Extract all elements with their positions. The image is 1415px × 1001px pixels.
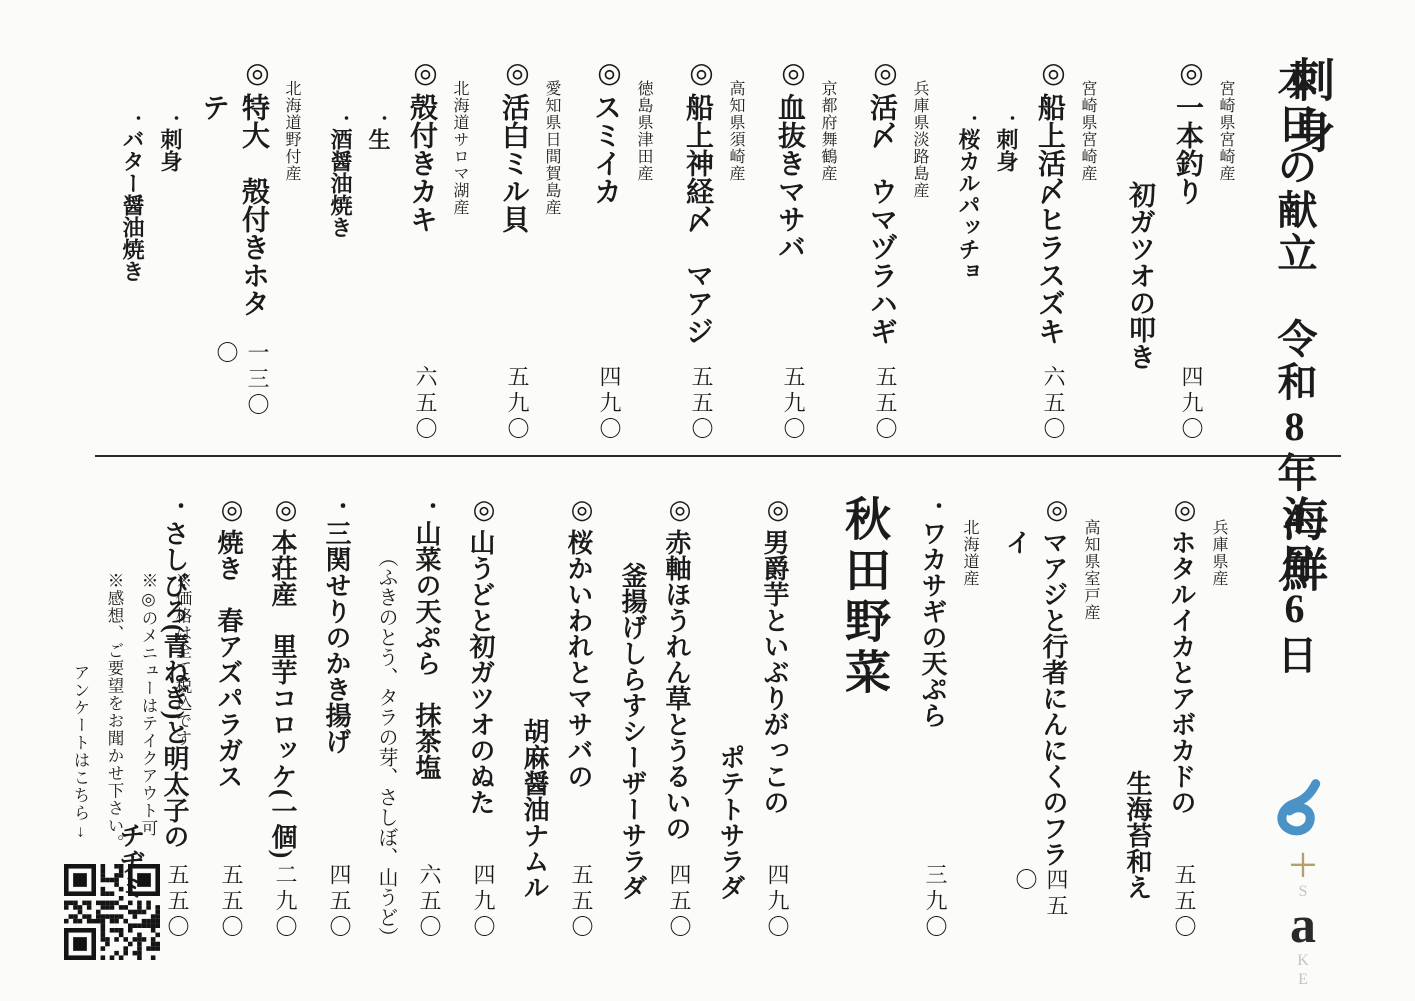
- item-price: 四九〇: [585, 365, 625, 443]
- down-arrow-icon: ↓: [71, 822, 90, 842]
- item-price: 五五〇: [677, 365, 717, 443]
- menu-item: ◎山うどと初ガツオのぬた四九〇: [462, 495, 499, 965]
- menu-item: ◎桜かいわれとマサバの五五〇胡麻醤油ナムル: [516, 495, 597, 965]
- item-price: 六五〇: [401, 365, 441, 443]
- origin-label: 宮崎県宮崎産: [1076, 80, 1099, 182]
- item-main-column: ◎殻付きカキ六五〇: [401, 56, 441, 455]
- sub-option-label: 桜カルパッチョ: [953, 128, 984, 282]
- section-title: 秋田野菜: [831, 495, 897, 965]
- item-price: 四五〇: [658, 863, 695, 941]
- item-name: 赤軸ほうれん草とうるいの: [658, 529, 695, 841]
- brand-logo: ＋ S a K E: [1273, 770, 1333, 989]
- item-origin-column: 愛知県日間賀島産: [540, 56, 563, 455]
- item-name: ワカサギの天ぷら: [914, 520, 951, 728]
- item-name: 男爵芋といぶりがっこの: [756, 529, 793, 815]
- item-price: 五九〇: [493, 365, 533, 443]
- item-name: 山うどと初ガツオのぬた: [462, 529, 499, 815]
- double-circle-icon: ◎: [861, 56, 901, 89]
- section-title: 刺身: [1275, 56, 1341, 455]
- bullet-icon: ・: [991, 110, 1022, 126]
- origin-label: 徳島県津田産: [632, 80, 655, 182]
- item-main-column: ・三関せりのかき揚げ四五〇: [318, 495, 355, 965]
- item-name-line2-column: 生海苔和え: [1119, 495, 1156, 965]
- sub-option-label: 刺身: [155, 128, 186, 172]
- bullet-icon: ・: [156, 495, 193, 516]
- note-text: アンケートはこちら: [71, 664, 90, 822]
- logo-letter-a: a: [1290, 901, 1316, 950]
- item-name: 船上神経〆 マアジ: [677, 93, 717, 345]
- item-name-line2: ポテトサラダ: [712, 744, 749, 900]
- double-circle-icon: ◎: [998, 495, 1072, 525]
- bullet-icon: ・: [363, 110, 394, 126]
- sub-option-label: 刺身: [991, 128, 1022, 172]
- origin-label: 京都府舞鶴産: [816, 80, 839, 182]
- item-price: 六五〇: [1029, 365, 1069, 443]
- item-name: 活〆 ウマヅラハギ: [861, 93, 901, 345]
- menu-item: 徳島県津田産◎スミイカ四九〇: [585, 56, 655, 455]
- item-main-column: ◎赤軸ほうれん草とうるいの四五〇: [658, 495, 695, 965]
- note-tax-included: ※価格は全て税込です: [170, 572, 194, 854]
- double-circle-icon: ◎: [658, 495, 695, 525]
- origin-label: 愛知県日間賀島産: [540, 80, 563, 216]
- item-main-column: ◎山うどと初ガツオのぬた四九〇: [462, 495, 499, 965]
- item-price: 四五〇: [998, 868, 1072, 941]
- item-name-line2: 釜揚げしらすシーザーサラダ: [614, 562, 651, 900]
- item-sub-column: ・桜カルパッチョ: [953, 56, 984, 455]
- menu-item: 北海道野付産◎特大 殻付きホタテ一三〇〇・刺身・バター醤油焼き: [117, 56, 303, 455]
- bullet-icon: ・: [325, 110, 356, 126]
- item-origin-column: 兵庫県淡路島産: [908, 56, 931, 455]
- origin-label: 高知県室戸産: [1079, 519, 1102, 621]
- item-name-line2-column: 胡麻醤油ナムル: [516, 495, 553, 965]
- logo-letter-k: K: [1297, 951, 1309, 970]
- origin-label: 兵庫県淡路島産: [908, 80, 931, 199]
- double-circle-icon: ◎: [462, 495, 499, 525]
- item-price: 四九〇: [1167, 365, 1207, 443]
- item-name-line2-column: （ふきのとう、タラの芽、さしぼ、山うど）: [372, 495, 401, 965]
- item-origin-column: 北海道野付産: [280, 56, 303, 455]
- item-origin-column: 北海道産: [958, 495, 981, 965]
- note-feedback: ※感想、ご要望をお聞かせ下さい。: [102, 572, 126, 854]
- double-circle-icon: ◎: [401, 56, 441, 89]
- item-name: 焼き 春アズパラガス: [210, 529, 247, 789]
- menu-item: 愛知県日間賀島産◎活白ミル貝五九〇: [493, 56, 563, 455]
- item-main-column: ◎船上神経〆 マアジ五五〇: [677, 56, 717, 455]
- item-origin-column: 京都府舞鶴産: [816, 56, 839, 455]
- double-circle-icon: ◎: [493, 56, 533, 89]
- item-name-line2-column: 釜揚げしらすシーザーサラダ: [614, 495, 651, 965]
- note-survey: アンケートはこちら↓: [68, 572, 92, 854]
- item-main-column: ◎本荘産 里芋コロッケ(一個)二九〇: [264, 495, 301, 965]
- origin-label: 北海道野付産: [280, 80, 303, 182]
- double-circle-icon: ◎: [769, 56, 809, 89]
- double-circle-icon: ◎: [1029, 56, 1069, 89]
- menu-item: ◎赤軸ほうれん草とうるいの四五〇釜揚げしらすシーザーサラダ: [614, 495, 695, 965]
- menu-item: 北海道サロマ湖産◎殻付きカキ六五〇・生・酒醤油焼き: [325, 56, 471, 455]
- origin-label: 高知県須崎産: [724, 80, 747, 182]
- note-text: ※◎のメニューはテイクアウト可: [139, 572, 158, 837]
- item-price: 五九〇: [769, 365, 809, 443]
- menu-item: 高知県須崎産◎船上神経〆 マアジ五五〇: [677, 56, 747, 455]
- item-name: 活白ミル貝: [493, 93, 533, 233]
- item-price: 四九〇: [462, 863, 499, 941]
- item-origin-column: 宮崎県宮崎産: [1076, 56, 1099, 455]
- item-name: 一本釣り: [1167, 93, 1207, 205]
- item-price: 二九〇: [264, 863, 301, 941]
- plus-icon: ＋: [1288, 852, 1318, 882]
- double-circle-icon: ◎: [193, 56, 273, 89]
- bullet-icon: ・: [318, 495, 355, 516]
- item-name-line2-column: 初ガツオの叩き: [1121, 56, 1160, 455]
- bullet-icon: ・: [953, 110, 984, 126]
- item-main-column: ・ワカサギの天ぷら三九〇: [914, 495, 951, 965]
- item-name: 本荘産 里芋コロッケ(一個): [264, 529, 301, 858]
- sashimi-section-row: 刺身宮崎県宮崎産◎一本釣り四九〇初ガツオの叩き宮崎県宮崎産◎船上活〆ヒラスズキ六…: [95, 56, 1341, 457]
- item-name: ホタルイカとアボカドの: [1163, 529, 1200, 815]
- item-price: 一三〇〇: [193, 341, 273, 443]
- item-price: 五五〇: [560, 863, 597, 941]
- bullet-icon: ・: [117, 110, 148, 126]
- item-origin-column: 高知県室戸産: [1079, 495, 1102, 965]
- item-price: 六五〇: [408, 863, 445, 941]
- item-price: 五五〇: [1163, 863, 1200, 941]
- double-circle-icon: ◎: [210, 495, 247, 525]
- item-name: 船上活〆ヒラスズキ: [1029, 93, 1069, 345]
- menu-item: ◎焼き 春アズパラガス五五〇: [210, 495, 247, 965]
- note-takeout: ※◎のメニューはテイクアウト可: [136, 572, 160, 854]
- item-sub-column: ・バター醤油焼き: [117, 56, 148, 455]
- item-sub-column: ・生: [363, 56, 394, 455]
- logo-letter-e: E: [1298, 970, 1308, 989]
- seafood-vegetable-row: 海鮮兵庫県産◎ホタルイカとアボカドの五五〇生海苔和え高知県室戸産◎マアジと行者に…: [95, 495, 1334, 965]
- menu-item: 高知県室戸産◎マアジと行者にんにくのフライ四五〇: [998, 495, 1102, 965]
- double-circle-icon: ◎: [1163, 495, 1200, 525]
- item-name: 山菜の天ぷら 抹茶塩: [408, 520, 445, 780]
- double-circle-icon: ◎: [560, 495, 597, 525]
- origin-label: 北海道サロマ湖産: [448, 80, 471, 216]
- item-sub-column: ・酒醤油焼き: [325, 56, 356, 455]
- item-main-column: ◎焼き 春アズパラガス五五〇: [210, 495, 247, 965]
- item-price: 五五〇: [210, 863, 247, 941]
- double-circle-icon: ◎: [264, 495, 301, 525]
- item-origin-column: 北海道サロマ湖産: [448, 56, 471, 455]
- bullet-icon: ・: [914, 495, 951, 516]
- item-main-column: ◎一本釣り四九〇: [1167, 56, 1207, 455]
- item-main-column: ◎特大 殻付きホタテ一三〇〇: [193, 56, 273, 455]
- item-name-line2: 胡麻醤油ナムル: [516, 718, 553, 900]
- origin-label: 宮崎県宮崎産: [1214, 80, 1237, 182]
- bullet-icon: ・: [155, 110, 186, 126]
- item-name: 桜かいわれとマサバの: [560, 529, 597, 789]
- item-origin-column: 宮崎県宮崎産: [1214, 56, 1237, 455]
- item-name-line2: （ふきのとう、タラの芽、さしぼ、山うど）: [372, 547, 401, 947]
- item-name: 殻付きカキ: [401, 93, 441, 233]
- item-main-column: ◎マアジと行者にんにくのフライ四五〇: [998, 495, 1072, 965]
- item-main-column: ◎ホタルイカとアボカドの五五〇: [1163, 495, 1200, 965]
- double-circle-icon: ◎: [677, 56, 717, 89]
- item-main-column: ◎活〆 ウマヅラハギ五五〇: [861, 56, 901, 455]
- item-main-column: ◎スミイカ四九〇: [585, 56, 625, 455]
- origin-label: 兵庫県産: [1207, 519, 1230, 587]
- item-name: スミイカ: [585, 93, 625, 205]
- double-circle-icon: ◎: [1167, 56, 1207, 89]
- item-price: 四五〇: [318, 863, 355, 941]
- item-origin-column: 徳島県津田産: [632, 56, 655, 455]
- menu-area: 刺身宮崎県宮崎産◎一本釣り四九〇初ガツオの叩き宮崎県宮崎産◎船上活〆ヒラスズキ六…: [95, 56, 1215, 965]
- menu-item: 京都府舞鶴産◎血抜きマサバ五九〇: [769, 56, 839, 455]
- footer: ※価格は全て税込です ※◎のメニューはテイクアウト可 ※感想、ご要望をお聞かせ下…: [58, 572, 182, 960]
- origin-label: 北海道産: [958, 519, 981, 587]
- item-name: 血抜きマサバ: [769, 93, 809, 261]
- menu-item: ・山菜の天ぷら 抹茶塩六五〇（ふきのとう、タラの芽、さしぼ、山うど）: [372, 495, 445, 965]
- item-price: 四九〇: [756, 863, 793, 941]
- menu-item: 北海道産・ワカサギの天ぷら三九〇: [914, 495, 981, 965]
- sub-option-label: バター醤油焼き: [117, 128, 148, 282]
- qr-code: [64, 864, 160, 960]
- menu-item: 兵庫県淡路島産◎活〆 ウマヅラハギ五五〇: [861, 56, 931, 455]
- sub-option-label: 酒醤油焼き: [325, 128, 356, 238]
- item-price: 三九〇: [914, 863, 951, 941]
- item-main-column: ◎桜かいわれとマサバの五五〇: [560, 495, 597, 965]
- item-sub-column: ・刺身: [991, 56, 1022, 455]
- item-main-column: ◎男爵芋といぶりがっこの四九〇: [756, 495, 793, 965]
- item-sub-column: ・刺身: [155, 56, 186, 455]
- item-name: マアジと行者にんにくのフライ: [998, 529, 1072, 868]
- item-name-line2-column: ポテトサラダ: [712, 495, 749, 965]
- bullet-icon: ・: [408, 495, 445, 516]
- item-name: 三関せりのかき揚げ: [318, 520, 355, 754]
- menu-page: 本日の献立 令和8年4月6日 刺身宮崎県宮崎産◎一本釣り四九〇初ガツオの叩き宮崎…: [0, 0, 1415, 1001]
- item-origin-column: 高知県須崎産: [724, 56, 747, 455]
- item-name-line2: 生海苔和え: [1119, 770, 1156, 900]
- item-main-column: ◎活白ミル貝五九〇: [493, 56, 533, 455]
- item-main-column: ◎血抜きマサバ五九〇: [769, 56, 809, 455]
- sub-option-label: 生: [363, 128, 394, 150]
- item-name-line2: 初ガツオの叩き: [1121, 181, 1160, 370]
- footer-notes: ※価格は全て税込です ※◎のメニューはテイクアウト可 ※感想、ご要望をお聞かせ下…: [58, 572, 194, 854]
- menu-item: ◎男爵芋といぶりがっこの四九〇ポテトサラダ: [712, 495, 793, 965]
- mi-logo-icon: [1274, 770, 1332, 850]
- double-circle-icon: ◎: [585, 56, 625, 89]
- item-main-column: ◎船上活〆ヒラスズキ六五〇: [1029, 56, 1069, 455]
- item-name: 特大 殻付きホタテ: [193, 93, 273, 341]
- menu-item: 宮崎県宮崎産◎一本釣り四九〇初ガツオの叩き: [1121, 56, 1237, 455]
- double-circle-icon: ◎: [756, 495, 793, 525]
- note-text: ※感想、ご要望をお聞かせ下さい。: [105, 572, 124, 852]
- item-origin-column: 兵庫県産: [1207, 495, 1230, 965]
- item-price: 五五〇: [861, 365, 901, 443]
- note-text: ※価格は全て税込です: [173, 572, 192, 747]
- item-main-column: ・山菜の天ぷら 抹茶塩六五〇: [408, 495, 445, 965]
- menu-item: 兵庫県産◎ホタルイカとアボカドの五五〇生海苔和え: [1119, 495, 1230, 965]
- menu-item: ◎本荘産 里芋コロッケ(一個)二九〇: [264, 495, 301, 965]
- menu-item: 宮崎県宮崎産◎船上活〆ヒラスズキ六五〇・刺身・桜カルパッチョ: [953, 56, 1099, 455]
- menu-item: ・三関せりのかき揚げ四五〇: [318, 495, 355, 965]
